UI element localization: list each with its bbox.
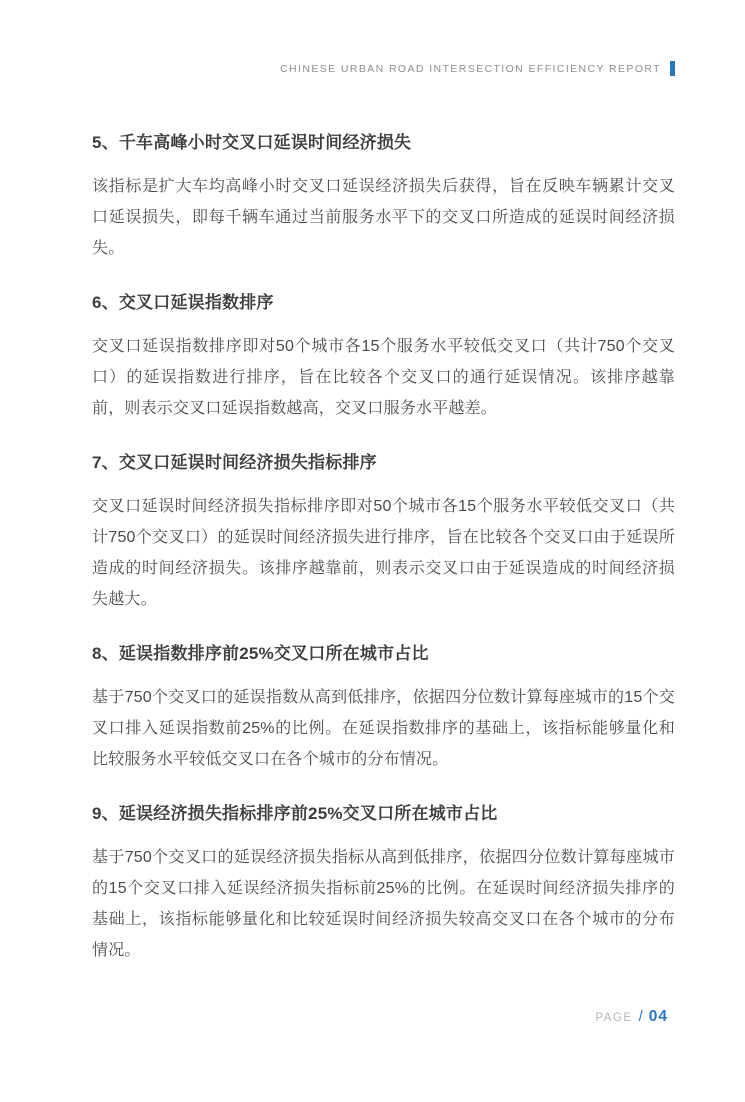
report-page: CHINESE URBAN ROAD INTERSECTION EFFICIEN… — [0, 0, 745, 1102]
report-content: 5、千车高峰小时交叉口延误时间经济损失 该指标是扩大车均高峰小时交叉口延误经济损… — [92, 131, 675, 966]
report-title: CHINESE URBAN ROAD INTERSECTION EFFICIEN… — [280, 63, 661, 75]
section-8-heading: 8、延误指数排序前25%交叉口所在城市占比 — [92, 642, 675, 666]
page-label: PAGE — [595, 1012, 632, 1024]
section-8-body: 基于750个交叉口的延误指数从高到低排序，依据四分位数计算每座城市的15个交叉口… — [92, 682, 675, 775]
accent-bar-icon — [670, 61, 675, 76]
report-header: CHINESE URBAN ROAD INTERSECTION EFFICIEN… — [92, 60, 675, 77]
section-6-heading: 6、交叉口延误指数排序 — [92, 291, 675, 315]
page-separator: / — [639, 1008, 643, 1025]
section-9: 9、延误经济损失指标排序前25%交叉口所在城市占比 基于750个交叉口的延误经济… — [92, 802, 675, 966]
page-footer: PAGE / 04 — [595, 1008, 668, 1026]
section-7-body: 交叉口延误时间经济损失指标排序即对50个城市各15个服务水平较低交叉口（共计75… — [92, 491, 675, 615]
section-5-heading: 5、千车高峰小时交叉口延误时间经济损失 — [92, 131, 675, 155]
section-8: 8、延误指数排序前25%交叉口所在城市占比 基于750个交叉口的延误指数从高到低… — [92, 642, 675, 775]
section-7: 7、交叉口延误时间经济损失指标排序 交叉口延误时间经济损失指标排序即对50个城市… — [92, 451, 675, 615]
section-5: 5、千车高峰小时交叉口延误时间经济损失 该指标是扩大车均高峰小时交叉口延误经济损… — [92, 131, 675, 264]
section-9-body: 基于750个交叉口的延误经济损失指标从高到低排序，依据四分位数计算每座城市的15… — [92, 842, 675, 966]
section-5-body: 该指标是扩大车均高峰小时交叉口延误经济损失后获得，旨在反映车辆累计交叉口延误损失… — [92, 171, 675, 264]
section-6: 6、交叉口延误指数排序 交叉口延误指数排序即对50个城市各15个服务水平较低交叉… — [92, 291, 675, 424]
section-9-heading: 9、延误经济损失指标排序前25%交叉口所在城市占比 — [92, 802, 675, 826]
page-number: 04 — [649, 1008, 668, 1026]
section-7-heading: 7、交叉口延误时间经济损失指标排序 — [92, 451, 675, 475]
section-6-body: 交叉口延误指数排序即对50个城市各15个服务水平较低交叉口（共计750个交叉口）… — [92, 331, 675, 424]
